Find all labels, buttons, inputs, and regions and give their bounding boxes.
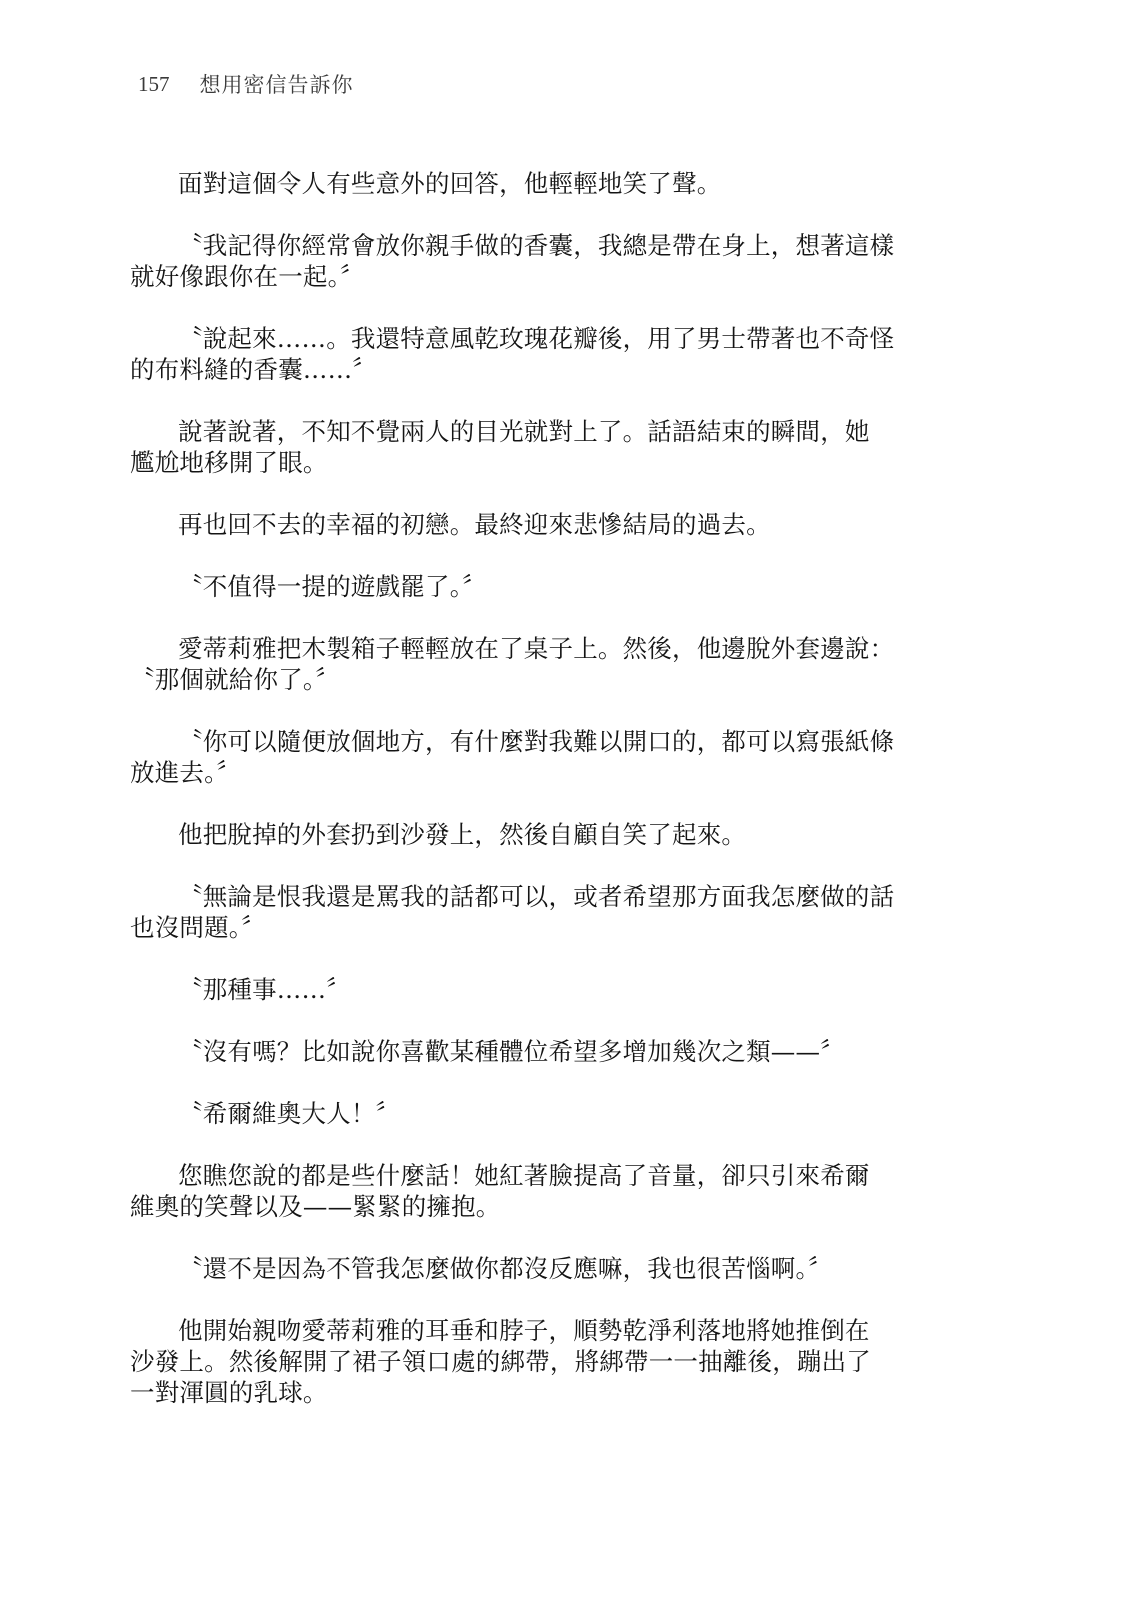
body-text: 面對這個令人有些意外的回答，他輕輕地笑了聲。 〝我記得你經常會放你親手做的香囊，…: [130, 168, 990, 1439]
text-line: 〝沒有嗎？比如說你喜歡某種體位希望多增加幾次之類——〞: [130, 1036, 990, 1067]
text-line: 〝那個就給你了。〞: [130, 664, 990, 695]
text-line: 維奧的笑聲以及——緊緊的擁抱。: [130, 1191, 990, 1222]
paragraph: 〝希爾維奧大人！〞: [130, 1098, 990, 1129]
text-line: 〝那種事……〞: [130, 974, 990, 1005]
paragraph: 愛蒂莉雅把木製箱子輕輕放在了桌子上。然後，他邊脫外套邊說： 〝那個就給你了。〞: [130, 633, 990, 695]
paragraph: 〝你可以隨便放個地方，有什麼對我難以開口的，都可以寫張紙條 放進去。〞: [130, 726, 990, 788]
paragraph: 他開始親吻愛蒂莉雅的耳垂和脖子，順勢乾淨利落地將她推倒在 沙發上。然後解開了裙子…: [130, 1315, 990, 1408]
text-line: 〝不值得一提的遊戲罷了。〞: [130, 571, 990, 602]
text-line: 他開始親吻愛蒂莉雅的耳垂和脖子，順勢乾淨利落地將她推倒在: [130, 1315, 990, 1346]
paragraph: 〝無論是恨我還是罵我的話都可以，或者希望那方面我怎麼做的話 也沒問題。〞: [130, 881, 990, 943]
text-line: 再也回不去的幸福的初戀。最終迎來悲慘結局的過去。: [130, 509, 990, 540]
paragraph: 再也回不去的幸福的初戀。最終迎來悲慘結局的過去。: [130, 509, 990, 540]
paragraph: 〝我記得你經常會放你親手做的香囊，我總是帶在身上，想著這樣 就好像跟你在一起。〞: [130, 230, 990, 292]
paragraph: 說著說著，不知不覺兩人的目光就對上了。話語結束的瞬間，她 尷尬地移開了眼。: [130, 416, 990, 478]
page-header: 157 想用密信告訴你: [138, 70, 354, 98]
text-line: 也沒問題。〞: [130, 912, 990, 943]
text-line: 他把脫掉的外套扔到沙發上，然後自顧自笑了起來。: [130, 819, 990, 850]
paragraph: 〝那種事……〞: [130, 974, 990, 1005]
text-line: 就好像跟你在一起。〞: [130, 261, 990, 292]
paragraph: 〝說起來……。我還特意風乾玫瑰花瓣後，用了男士帶著也不奇怪 的布料縫的香囊……〞: [130, 323, 990, 385]
text-line: 您瞧您說的都是些什麼話！她紅著臉提高了音量，卻只引來希爾: [130, 1160, 990, 1191]
text-line: 一對渾圓的乳球。: [130, 1377, 990, 1408]
paragraph: 您瞧您說的都是些什麼話！她紅著臉提高了音量，卻只引來希爾 維奧的笑聲以及——緊緊…: [130, 1160, 990, 1222]
running-title: 想用密信告訴你: [200, 69, 354, 99]
page-number: 157: [138, 72, 170, 97]
text-line: 的布料縫的香囊……〞: [130, 354, 990, 385]
text-line: 〝還不是因為不管我怎麼做你都沒反應嘛，我也很苦惱啊。〞: [130, 1253, 990, 1284]
text-line: 〝無論是恨我還是罵我的話都可以，或者希望那方面我怎麼做的話: [130, 881, 990, 912]
paragraph: 他把脫掉的外套扔到沙發上，然後自顧自笑了起來。: [130, 819, 990, 850]
text-line: 說著說著，不知不覺兩人的目光就對上了。話語結束的瞬間，她: [130, 416, 990, 447]
text-line: 〝希爾維奧大人！〞: [130, 1098, 990, 1129]
text-line: 沙發上。然後解開了裙子領口處的綁帶，將綁帶一一抽離後，蹦出了: [130, 1346, 990, 1377]
paragraph: 面對這個令人有些意外的回答，他輕輕地笑了聲。: [130, 168, 990, 199]
text-line: 放進去。〞: [130, 757, 990, 788]
paragraph: 〝還不是因為不管我怎麼做你都沒反應嘛，我也很苦惱啊。〞: [130, 1253, 990, 1284]
text-line: 面對這個令人有些意外的回答，他輕輕地笑了聲。: [130, 168, 990, 199]
text-line: 愛蒂莉雅把木製箱子輕輕放在了桌子上。然後，他邊脫外套邊說：: [130, 633, 990, 664]
paragraph: 〝不值得一提的遊戲罷了。〞: [130, 571, 990, 602]
paragraph: 〝沒有嗎？比如說你喜歡某種體位希望多增加幾次之類——〞: [130, 1036, 990, 1067]
text-line: 〝你可以隨便放個地方，有什麼對我難以開口的，都可以寫張紙條: [130, 726, 990, 757]
text-line: 〝我記得你經常會放你親手做的香囊，我總是帶在身上，想著這樣: [130, 230, 990, 261]
text-line: 尷尬地移開了眼。: [130, 447, 990, 478]
text-line: 〝說起來……。我還特意風乾玫瑰花瓣後，用了男士帶著也不奇怪: [130, 323, 990, 354]
